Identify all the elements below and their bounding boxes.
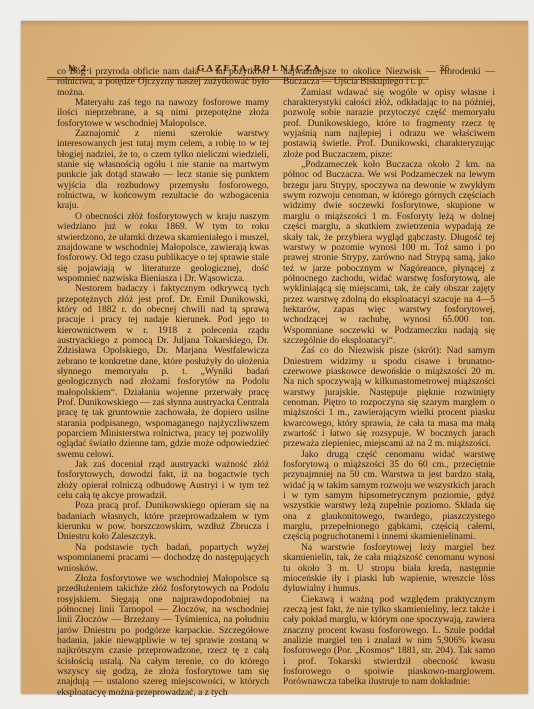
paragraph: Materyału zaś tego na nawozy fosforowe m… [57, 98, 269, 129]
paragraph: Poza pracą prof. Dunikowskiego opieram s… [57, 501, 269, 542]
paragraph: Złoża fosforytowe we wschodniej Małopols… [57, 574, 269, 698]
paragraph: Jako drugą część cenomanu widać warstwę … [283, 450, 495, 543]
paragraph: „Podzameczek koło Buczacza około 2 km. n… [283, 160, 495, 346]
left-column: co Bóg i przyroda obficie nam dała — ku … [57, 67, 269, 698]
paragraph: Jak zaś doceniał rząd austryacki ważność… [57, 460, 269, 501]
paragraph: O obecności złóż fosforytowych w kraju n… [57, 212, 269, 284]
paragraph: najważniejsze to okolice Niezwisk — Horo… [283, 67, 495, 88]
paragraph: Na podstawie tych badań, popartych wyżej… [57, 543, 269, 574]
paragraph: Ciekawą i ważną pod względem praktycznym… [283, 595, 495, 688]
paragraph: co Bóg i przyroda obficie nam dała — ku … [57, 67, 269, 98]
right-column: najważniejsze to okolice Niezwisk — Horo… [283, 67, 495, 688]
paragraph: Zamiast wdawać się wogóle w opisy własne… [283, 88, 495, 160]
paragraph: Na warstwie fosforytowej leży margiel be… [283, 543, 495, 595]
paragraph: Nestorem badaczy i faktycznym odkrywcą t… [57, 284, 269, 460]
paragraph: Zaś co do Niezwisk pisze (skrót): Nad sa… [283, 346, 495, 449]
paragraph: Zaznajomić z niemi szerokie warstwy inte… [57, 129, 269, 212]
